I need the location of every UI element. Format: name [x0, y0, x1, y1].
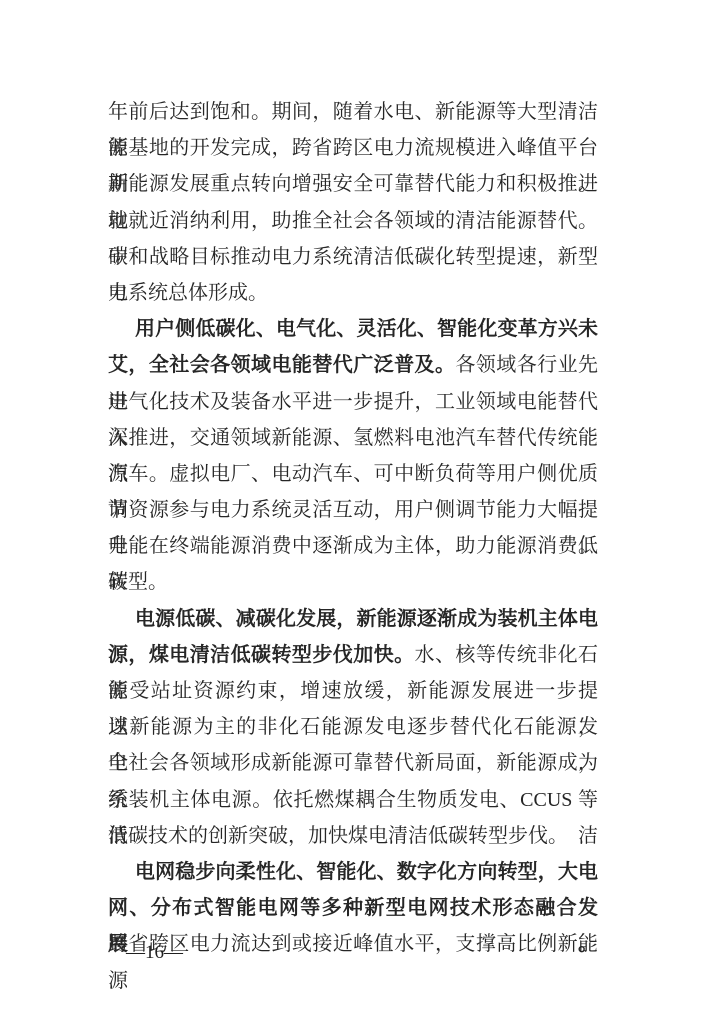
text-line: 源基地的开发完成，跨省跨区电力流规模进入峰值平台期。 — [108, 130, 598, 166]
text-line: 电网稳步向柔性化、智能化、数字化方向转型，大电 — [108, 854, 598, 890]
text-line: 汽车。虚拟电厂、电动汽车、可中断负荷等用户侧优质调 — [108, 456, 598, 492]
text-line: 用户侧低碳化、电气化、灵活化、智能化变革方兴未 — [108, 311, 598, 347]
text-line: 地就近消纳利用，助推全社会各领域的清洁能源替代。碳 — [108, 203, 598, 239]
text-line: 统装机主体电源。依托燃煤耦合生物质发电、CCUS 等清洁 — [108, 782, 598, 818]
text-line: 源受站址资源约束，增速放缓，新能源发展进一步提速， — [108, 673, 598, 709]
text-line: 艾，全社会各领域电能替代广泛普及。各领域各行业先进 — [108, 347, 598, 383]
text-line: 源，煤电清洁低碳转型步伐加快。水、核等传统非化石能 — [108, 637, 598, 673]
document-text-block: 年前后达到饱和。期间，随着水电、新能源等大型清洁能源基地的开发完成，跨省跨区电力… — [108, 94, 598, 963]
bold-text-segment: 源，煤电清洁低碳转型步伐加快。 — [108, 644, 415, 666]
text-line: 电源低碳、减碳化发展，新能源逐渐成为装机主体电 — [108, 601, 598, 637]
text-line: 电气化技术及装备水平进一步提升，工业领域电能替代深 — [108, 384, 598, 420]
text-segment: 低碳技术的创新突破，加快煤电清洁低碳转型步伐。 — [108, 825, 568, 847]
document-page: 年前后达到饱和。期间，随着水电、新能源等大型清洁能源基地的开发完成，跨省跨区电力… — [0, 0, 724, 1024]
text-line: 以新能源为主的非化石能源发电逐步替代化石能源发电， — [108, 709, 598, 745]
bold-text-segment: 电网稳步向柔性化、智能化、数字化方向转型，大电 — [135, 861, 598, 883]
text-segment: 力系统总体形成。 — [108, 282, 268, 304]
text-line: 年前后达到饱和。期间，随着水电、新能源等大型清洁能 — [108, 94, 598, 130]
text-line: 电能在终端能源消费中逐渐成为主体，助力能源消费低碳 — [108, 528, 598, 564]
bold-text-segment: 艾，全社会各领域电能替代广泛普及。 — [108, 354, 455, 376]
bold-text-segment: 用户侧低碳化、电气化、灵活化、智能化变革方兴未 — [135, 318, 598, 340]
text-line: 转型。 — [108, 564, 598, 600]
text-line: 入推进，交通领域新能源、氢燃料电池汽车替代传统能源 — [108, 420, 598, 456]
bold-text-segment: 电源低碳、减碳化发展，新能源逐渐成为装机主体电 — [135, 608, 598, 630]
text-line: 中和战略目标推动电力系统清洁低碳化转型提速，新型电 — [108, 239, 598, 275]
text-line: 低碳技术的创新突破，加快煤电清洁低碳转型步伐。 — [108, 818, 598, 854]
text-line: 网、分布式智能电网等多种新型电网技术形态融合发展。 — [108, 890, 598, 926]
text-segment: 转型。 — [108, 571, 168, 593]
text-line: 力系统总体形成。 — [108, 275, 598, 311]
page-number: —16— — [126, 942, 183, 964]
text-line: 新能源发展重点转向增强安全可靠替代能力和积极推进就 — [108, 166, 598, 202]
text-line: 节资源参与电力系统灵活互动，用户侧调节能力大幅提升。 — [108, 492, 598, 528]
text-line: 全社会各领域形成新能源可靠替代新局面，新能源成为系 — [108, 745, 598, 781]
